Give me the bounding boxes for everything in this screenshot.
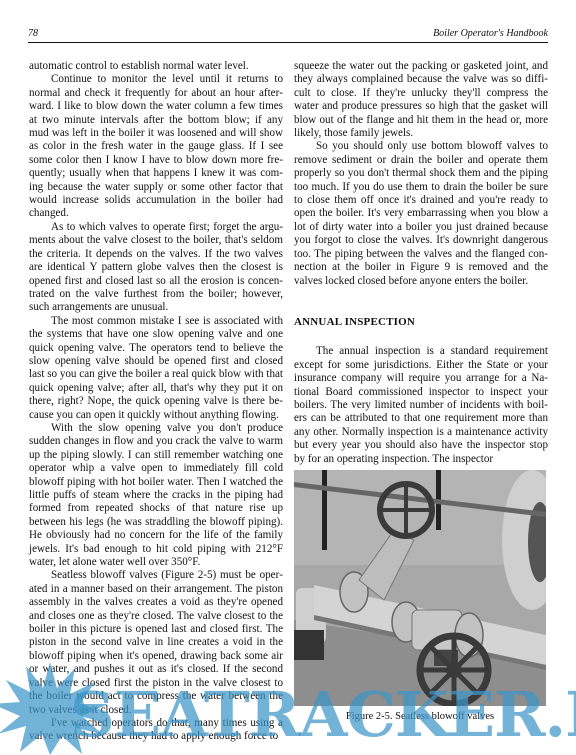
left-column: automatic control to establish normal wa… [29,60,283,744]
figure-caption: Figure 2-5. Seatless blowoff valves [294,711,546,722]
right-column: squeeze the water out the packing or gas… [294,60,548,466]
paragraph: Seatless blowoff valves (Figure 2-5) mus… [29,569,283,716]
paragraph: Continue to monitor the level until it r… [29,73,283,220]
paragraph: The most common mistake I see is associa… [29,315,283,422]
paragraph: With the slow opening valve you don't pr… [29,422,283,569]
running-header: 78 Boiler Operator's Handbook [28,26,548,43]
section-heading: ANNUAL INSPECTION [294,316,548,329]
page-number: 78 [28,28,38,39]
paragraph: The annual inspection is a standard requ… [294,345,548,466]
book-title: Boiler Operator's Handbook [433,28,548,39]
paragraph: As to which valves to operate first; for… [29,221,283,315]
paragraph: So you should only use bottom blowoff va… [294,140,548,287]
valves-illustration-icon [294,470,546,706]
figure-2-5 [294,470,546,706]
paragraph: automatic control to establish normal wa… [29,60,283,73]
valve-photo [294,470,546,706]
paragraph: I've watched operators do that, many tim… [29,717,283,744]
paragraph: squeeze the water out the packing or gas… [294,60,548,140]
